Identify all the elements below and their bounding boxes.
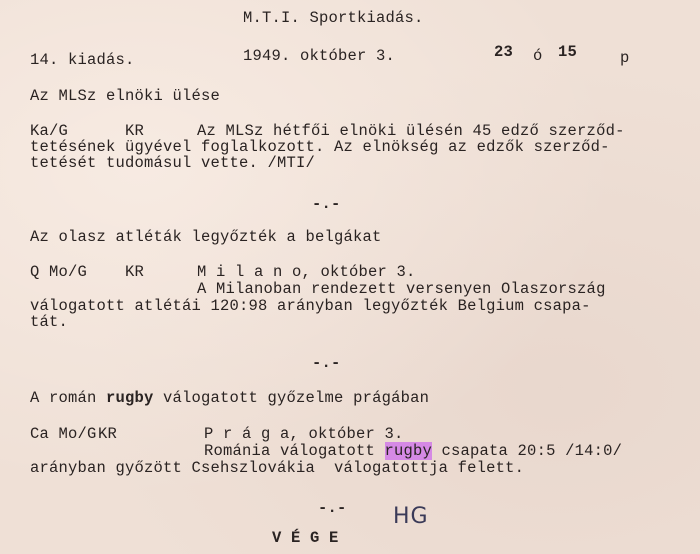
edition-number: 14. kiadás. [30, 52, 135, 69]
article-3-line-2: arányban győzött Csehszlovákia válogatot… [30, 460, 524, 477]
article-3-dateline: P r á g a, október 3. [204, 426, 404, 443]
headline-post: válogatott győzelme prágában [154, 389, 430, 407]
time-separator: ó [533, 48, 543, 65]
agency-title: M.T.I. Sportkiadás. [243, 10, 424, 27]
article-1-line-3: tetését tudomásul vette. /MTI/ [30, 155, 315, 172]
separator-2: -.- [312, 355, 341, 372]
article-2-code: Q Mo/G [30, 264, 87, 281]
article-2-line-2: válogatott atlétái 120:98 arányban legyő… [30, 298, 591, 315]
handwritten-initials: HG [393, 508, 429, 525]
headline-pre: A román [30, 389, 106, 407]
article-3-initials: KR [98, 426, 117, 443]
separator-3: -.- [318, 500, 347, 517]
line-pre: Románia válogatott [204, 442, 385, 460]
article-2-dateline: M i l a n o, október 3. [197, 264, 416, 281]
separator-1: -.- [312, 196, 341, 213]
article-2-headline: Az olasz atléták legyőzték a belgákat [30, 229, 382, 246]
article-2-line-3: tát. [30, 314, 68, 331]
end-mark: V É G E [272, 530, 339, 547]
time-minute: 15 [558, 44, 577, 61]
article-2-initials: KR [125, 264, 144, 281]
issue-date: 1949. október 3. [243, 48, 395, 65]
article-3-headline: A román rugby válogatott győzelme prágáb… [30, 390, 429, 407]
line-post: csapata 20:5 /14:0/ [432, 442, 622, 460]
highlighted-word: rugby [385, 442, 433, 460]
article-1-headline: Az MLSz elnöki ülése [30, 88, 220, 105]
article-2-line-1: A Milanoban rendezett versenyen Olaszors… [197, 281, 606, 298]
article-3-line-1: Románia válogatott rugby csapata 20:5 /1… [204, 443, 622, 460]
article-3-code: Ca Mo/G [30, 426, 97, 443]
time-hour: 23 [494, 44, 513, 61]
page-mark: p [620, 50, 630, 67]
headline-bold-word: rugby [106, 389, 154, 407]
